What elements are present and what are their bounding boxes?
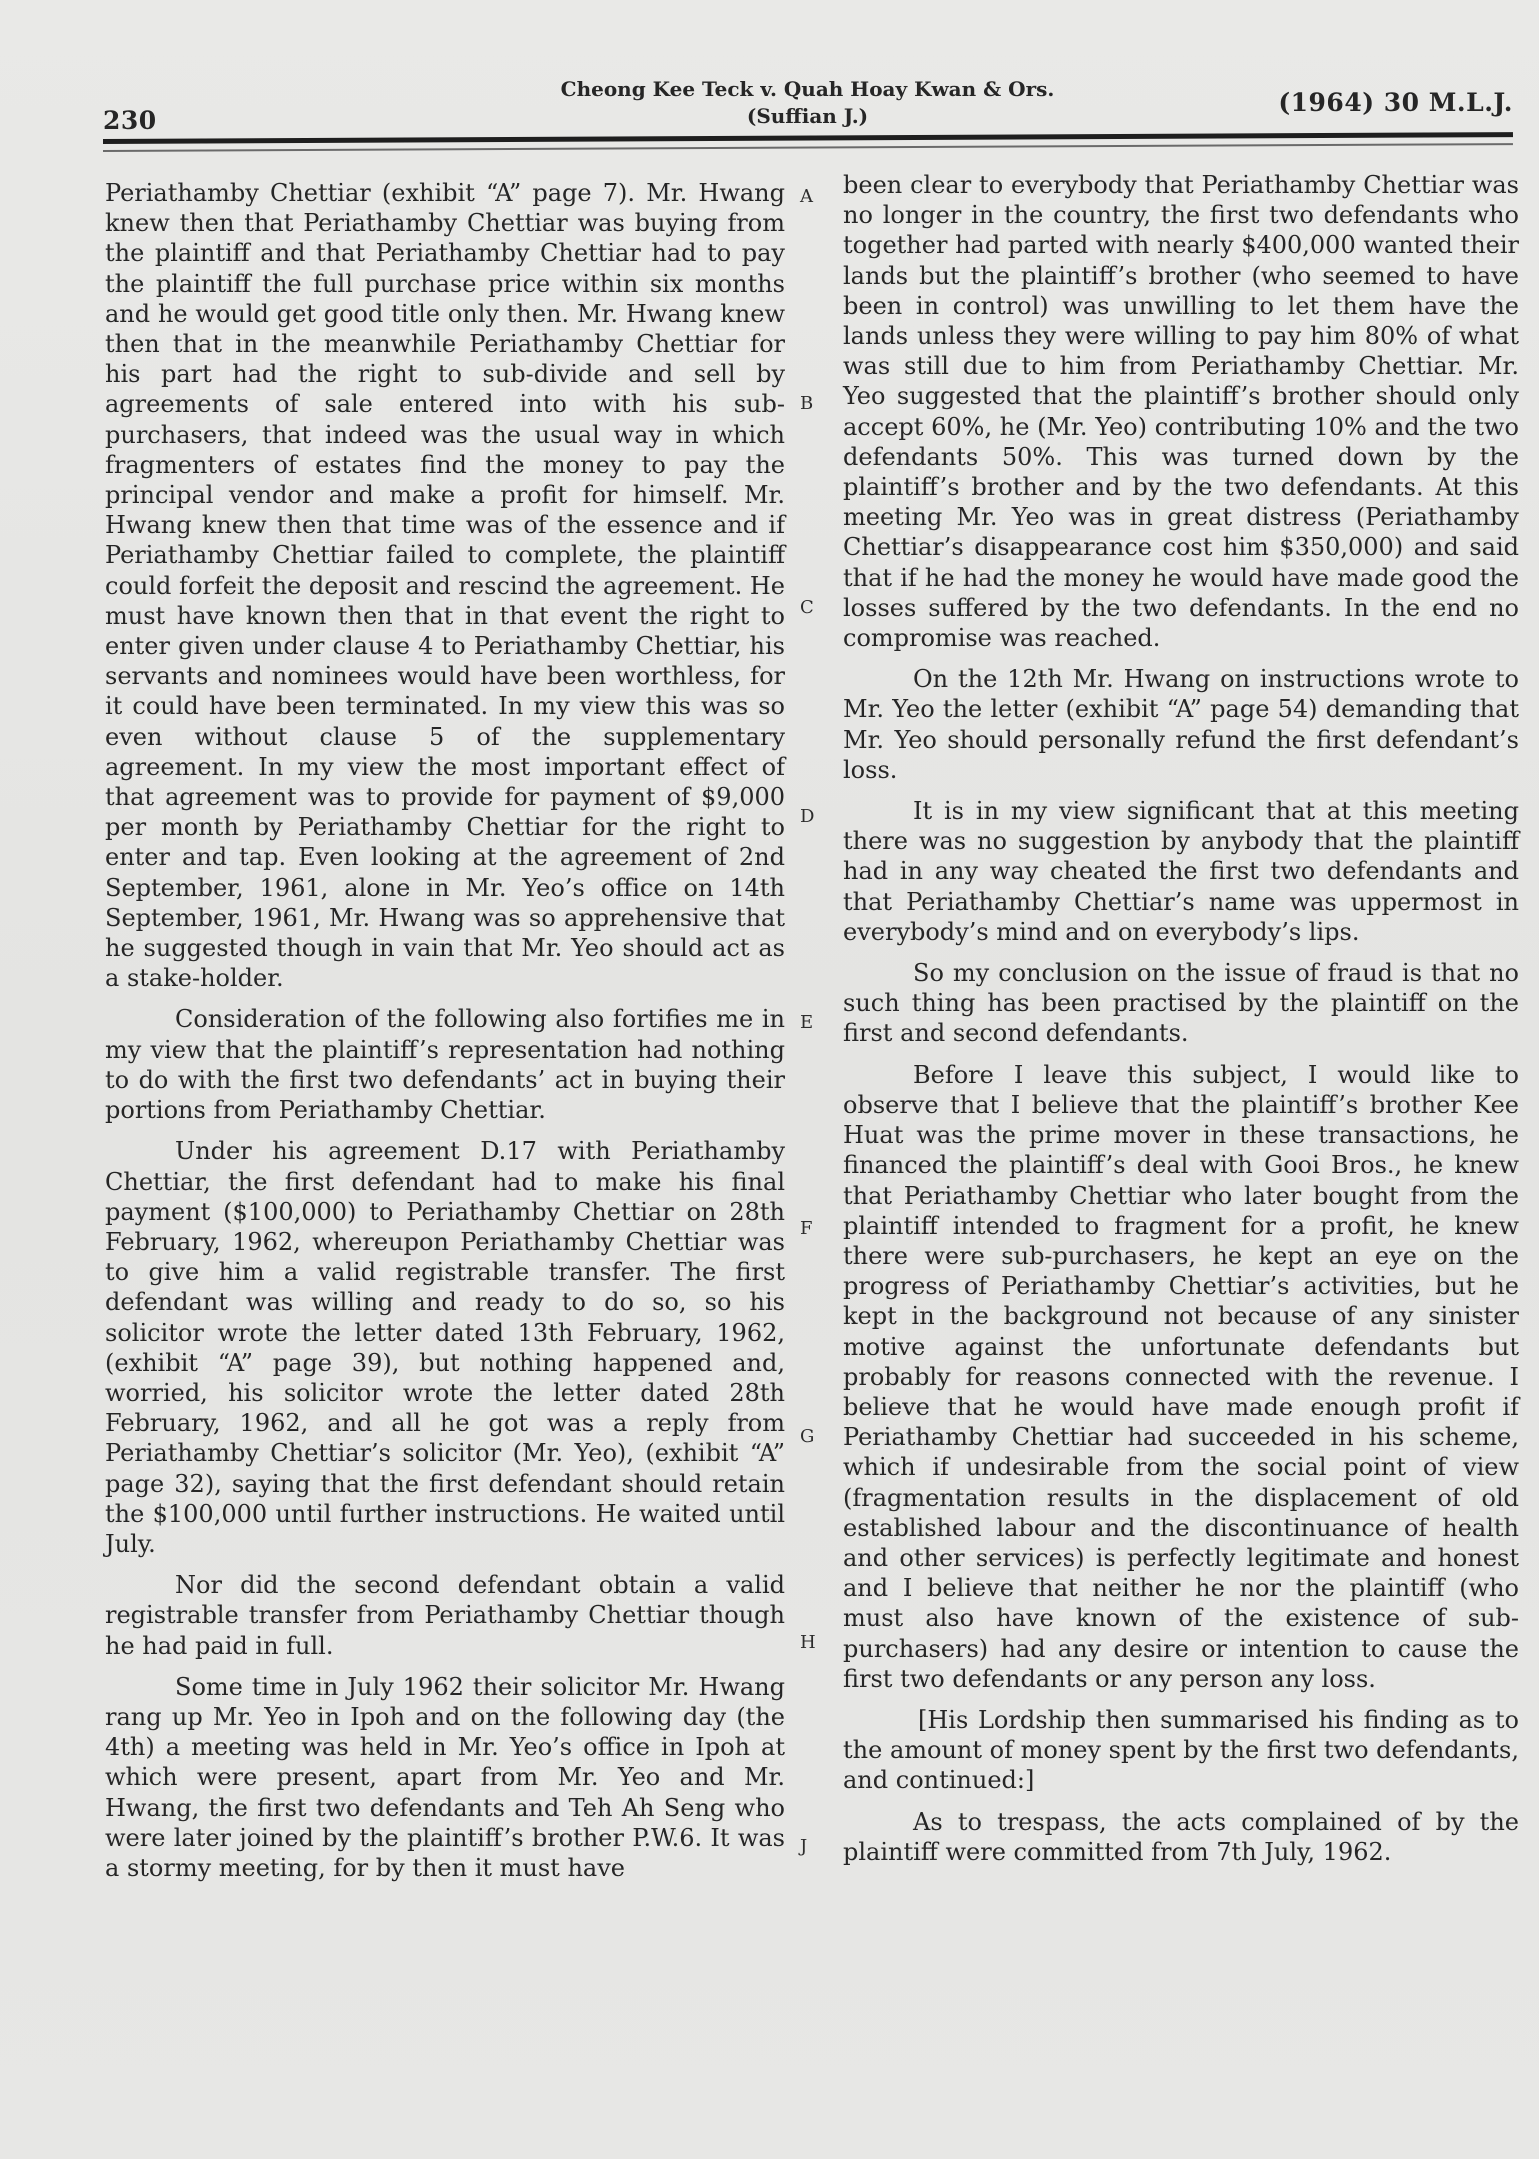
editorial-note: [His Lordship then summarised his findin… xyxy=(843,1705,1519,1796)
margin-letter-g: G xyxy=(800,1426,814,1447)
margin-letter-e: E xyxy=(800,1012,813,1033)
paragraph: Under his agreement D.17 with Periathamb… xyxy=(105,1136,785,1559)
margin-letter-h: H xyxy=(800,1632,816,1653)
paragraph: So my conclusion on the issue of fraud i… xyxy=(843,958,1519,1049)
paragraph: Some time in July 1962 their solicitor M… xyxy=(105,1672,785,1883)
paragraph: Consideration of the following also fort… xyxy=(105,1004,785,1125)
law-report-citation: (1964) 30 M.L.J. xyxy=(1278,88,1513,117)
paragraph: been clear to everybody that Periathamby… xyxy=(843,170,1519,653)
document-page: 230 Cheong Kee Teck v. Quah Hoay Kwan & … xyxy=(0,0,1539,2159)
margin-letter-c: C xyxy=(800,597,814,618)
left-column: Periathamby Chettiar (exhibit “A” page 7… xyxy=(105,178,785,1894)
margin-letter-b: B xyxy=(800,393,813,414)
header-rule-thin xyxy=(103,143,1513,152)
paragraph: Before I leave this subject, I would lik… xyxy=(843,1060,1519,1694)
margin-letter-f: F xyxy=(800,1218,813,1239)
paragraph: Nor did the second defendant obtain a va… xyxy=(105,1570,785,1661)
margin-letter-j: J xyxy=(800,1836,807,1857)
page-header: 230 Cheong Kee Teck v. Quah Hoay Kwan & … xyxy=(100,70,1515,140)
paragraph: It is in my view significant that at thi… xyxy=(843,796,1519,947)
margin-letter-d: D xyxy=(800,806,814,827)
paragraph: Periathamby Chettiar (exhibit “A” page 7… xyxy=(105,178,785,993)
paragraph: As to trespass, the acts complained of b… xyxy=(843,1807,1519,1867)
margin-letter-a: A xyxy=(800,186,813,207)
right-column: been clear to everybody that Periathamby… xyxy=(843,170,1519,1878)
paragraph: On the 12th Mr. Hwang on instructions wr… xyxy=(843,664,1519,785)
